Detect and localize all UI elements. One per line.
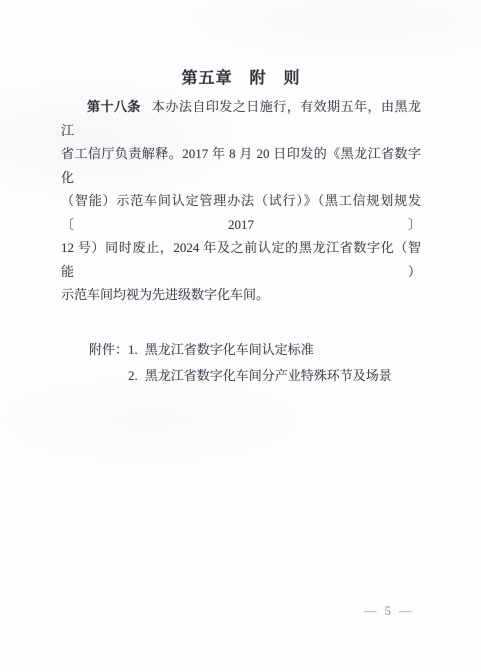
paragraph-line: （智能）示范车间认定管理办法（试行）》（黑工信规划规发〔2017〕 bbox=[61, 189, 421, 236]
article-paragraph: 第十八条本办法自印发之日施行，有效期五年，由黑龙江 省工信厅负责解释。2017 … bbox=[61, 95, 421, 307]
page-content: 第五章 附 则 第十八条本办法自印发之日施行，有效期五年，由黑龙江 省工信厅负责… bbox=[0, 0, 481, 389]
chapter-title: 第五章 附 则 bbox=[61, 69, 421, 88]
document-page: 第五章 附 则 第十八条本办法自印发之日施行，有效期五年，由黑龙江 省工信厅负责… bbox=[0, 0, 481, 672]
attachments-label: 附件： bbox=[89, 337, 128, 363]
attachment-item: 附件： 1. 黑龙江省数字化车间认定标准 bbox=[61, 337, 421, 363]
attachments-block: 附件： 1. 黑龙江省数字化车间认定标准 2. 黑龙江省数字化车间分产业特殊环节… bbox=[61, 337, 421, 389]
paragraph-line: 12 号）同时废止，2024 年及之前认定的黑龙江省数字化（智能） bbox=[61, 236, 421, 283]
attachment-title: 黑龙江省数字化车间认定标准 bbox=[145, 337, 314, 363]
article-number-label: 第十八条 bbox=[87, 99, 141, 114]
attachment-title: 黑龙江省数字化车间分产业特殊环节及场景 bbox=[145, 363, 392, 389]
attachment-number: 2. bbox=[128, 363, 138, 389]
paragraph-line: 示范车间均视为先进级数字化车间。 bbox=[61, 283, 421, 307]
attachment-item: 2. 黑龙江省数字化车间分产业特殊环节及场景 bbox=[61, 363, 421, 389]
page-number: — 5 — bbox=[364, 604, 414, 619]
paragraph-line: 第十八条本办法自印发之日施行，有效期五年，由黑龙江 bbox=[61, 95, 421, 142]
attachment-number: 1. bbox=[128, 337, 138, 363]
paragraph-line: 省工信厅负责解释。2017 年 8 月 20 日印发的《黑龙江省数字化 bbox=[61, 142, 421, 189]
